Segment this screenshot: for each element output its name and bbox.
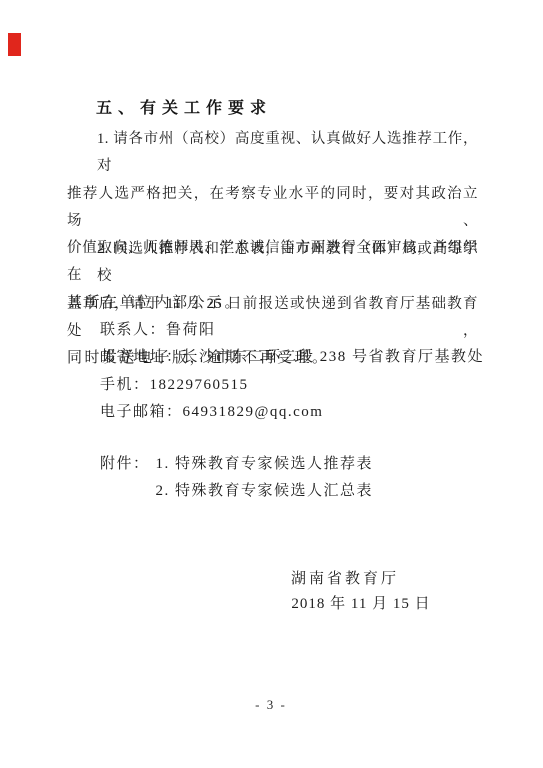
attachment-list: 附件： 1. 特殊教育专家候选人推荐表 2. 特殊教育专家候选人汇总表 (67, 451, 478, 506)
body-line: 2. 候选人推荐表和汇总表，由市州教育（体）局或高等学校 (67, 236, 478, 291)
red-stamp-mark (8, 33, 21, 56)
attachment-items: 1. 特殊教育专家候选人推荐表 2. 特殊教育专家候选人汇总表 (156, 451, 374, 506)
body-line: 1. 请各市州（高校）高度重视、认真做好人选推荐工作，对 (67, 126, 478, 181)
page-number: - 3 - (255, 697, 287, 713)
attachment-item: 2. 特殊教育专家候选人汇总表 (156, 478, 374, 505)
attachment-item: 1. 特殊教育专家候选人推荐表 (156, 451, 374, 478)
contact-mobile: 手机：18229760515 (100, 372, 478, 399)
body-line: 推荐人选严格把关，在考察专业水平的同时，要对其政治立场、 (67, 181, 478, 236)
contact-email: 电子邮箱：64931829@qq.com (100, 399, 478, 426)
contact-person: 联系人：鲁荷阳 (100, 317, 478, 344)
signature-organization: 湖南省教育厅 (291, 569, 399, 589)
document-page: 五、有关工作要求 1. 请各市州（高校）高度重视、认真做好人选推荐工作，对 推荐… (0, 0, 543, 768)
contact-info: 联系人：鲁荷阳 邮寄地址：长沙市东二环二段 238 号省教育厅基教处 手机：18… (67, 317, 478, 426)
signature-date: 2018 年 11 月 15 日 (291, 594, 430, 614)
section-heading: 五、有关工作要求 (96, 98, 272, 120)
attachment-label: 附件： (100, 451, 150, 506)
contact-address: 邮寄地址：长沙市东二环二段 238 号省教育厅基教处 (100, 344, 478, 371)
